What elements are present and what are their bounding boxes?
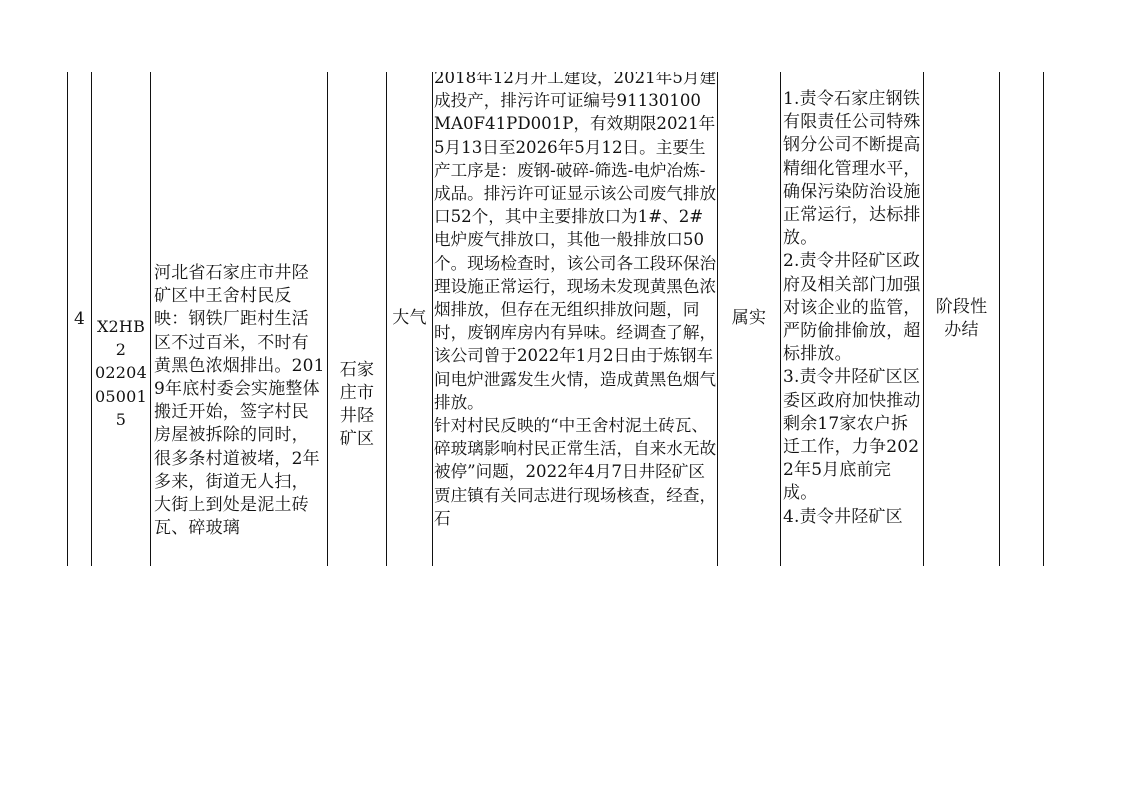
- measures-text: 1.责令石家庄钢铁有限责任公司特殊钢分公司不断提高精细化管理水平，确保污染防治设…: [783, 88, 922, 529]
- status-text: 阶段性 办结: [924, 72, 999, 566]
- case-id: X2HB2 02204 05001 5: [92, 72, 150, 566]
- cell-complaint: 河北省石家庄市井陉矿区中王舍村民反映：钢铁厂距村生活区不过百米，不时有黄黑色浓烟…: [151, 72, 327, 566]
- seq-number: 4: [68, 72, 91, 566]
- complaint-table: 4 X2HB2 02204 05001 5 河北省石家庄市井陉矿区中王舍村民反映…: [67, 72, 1045, 566]
- cell-category: 大气: [387, 72, 432, 566]
- cell-status: 阶段性 办结: [924, 72, 999, 566]
- cell-region: 石家 庄市 井陉 矿区: [328, 72, 386, 566]
- cell-investigation: 2018年12月开工建设，2021年5月建成投产，排污许可证编号91130100…: [433, 72, 717, 566]
- cell-verdict: 属实: [718, 72, 780, 566]
- cell-case-id: X2HB2 02204 05001 5: [92, 72, 150, 566]
- cell-seq: 4: [68, 72, 91, 566]
- cell-measures: 1.责令石家庄钢铁有限责任公司特殊钢分公司不断提高精细化管理水平，确保污染防治设…: [781, 72, 923, 566]
- region-text: 石家 庄市 井陉 矿区: [328, 72, 386, 566]
- document-page: 4 X2HB2 02204 05001 5 河北省石家庄市井陉矿区中王舍村民反映…: [0, 0, 1122, 793]
- cell-col10: [1000, 72, 1043, 566]
- category-text: 大气: [387, 72, 432, 566]
- investigation-text: 2018年12月开工建设，2021年5月建成投产，排污许可证编号91130100…: [434, 72, 717, 530]
- table-border-line: [1043, 72, 1044, 566]
- col10-text: [1000, 72, 1043, 566]
- verdict-text: 属实: [718, 72, 780, 566]
- complaint-text: 河北省石家庄市井陉矿区中王舍村民反映：钢铁厂距村生活区不过百米，不时有黄黑色浓烟…: [154, 262, 325, 540]
